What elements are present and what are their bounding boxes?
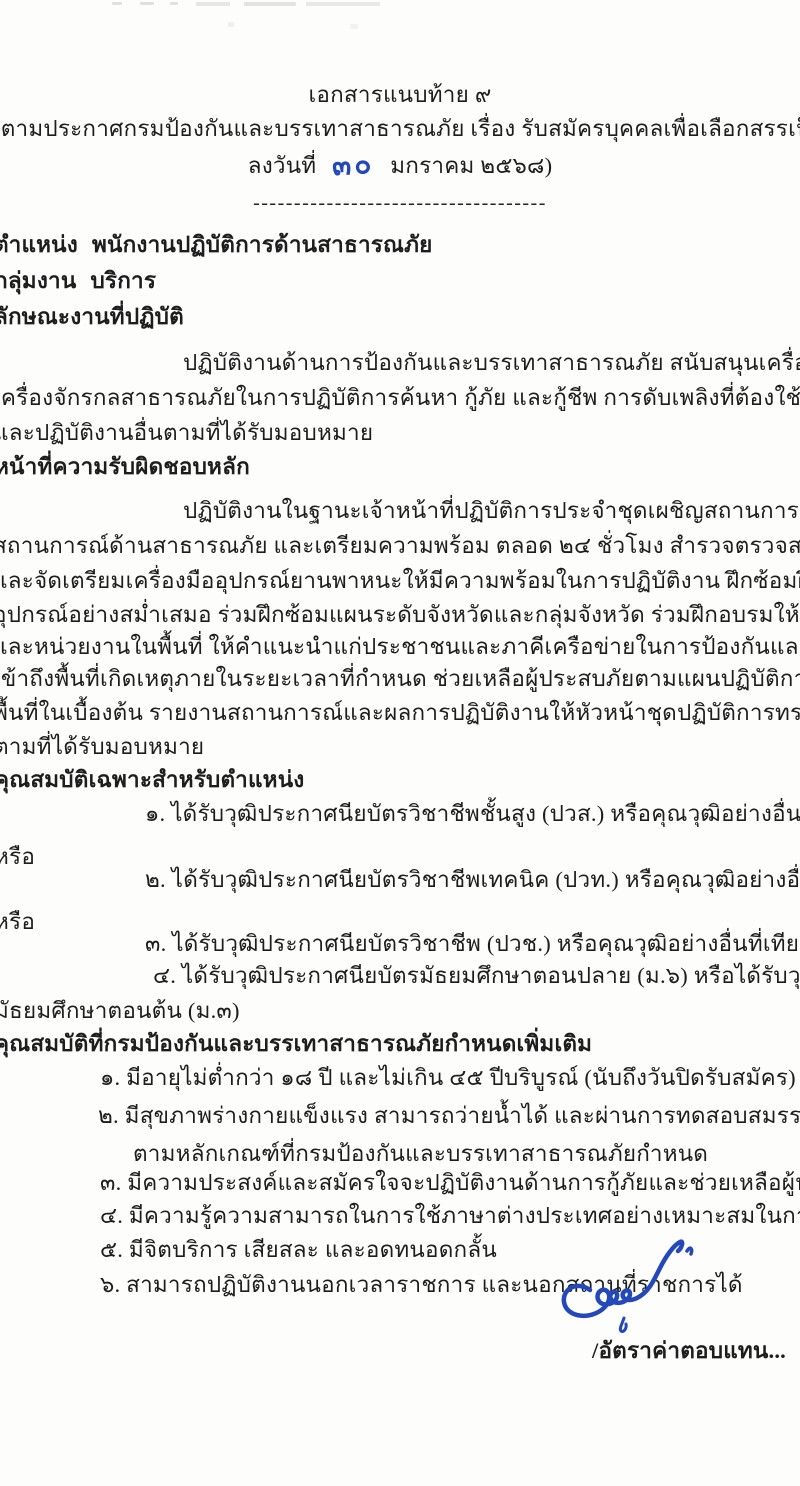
paragraph-line: และปฏิบัติงานอื่นตามที่ได้รับมอบหมาย: [0, 416, 373, 450]
signature-scribble-icon: [556, 1238, 716, 1343]
list-item: ๓. มีความประสงค์และสมัครใจจะปฏิบัติงานด้…: [100, 1166, 800, 1200]
scan-artifact: [140, 2, 154, 5]
scan-artifact: [350, 24, 358, 29]
group-line: กลุ่มงานบริการ: [0, 264, 156, 298]
scan-artifact: [196, 2, 230, 6]
list-item: ๑. มีอายุไม่ต่ำกว่า ๑๘ ปี และไม่เกิน ๔๕ …: [100, 1061, 796, 1095]
list-item: ๒. มีสุขภาพร่างกายแข็งแรง สามารถว่ายน้ำไ…: [98, 1099, 800, 1133]
paragraph-line: สถานการณ์ด้านสาธารณภัย และเตรียมความพร้อ…: [0, 529, 800, 563]
paragraph-line: พื้นที่ในเบื้องต้น รายงานสถานการณ์และผลก…: [0, 696, 800, 730]
announcement-line: (ตามประกาศกรมป้องกันและบรรเทาสาธารณภัย เ…: [0, 112, 800, 146]
paragraph-line: และหน่วยงานในพื้นที่ ให้คำแนะนำแก่ประชาช…: [0, 630, 800, 664]
scan-artifact: [228, 22, 234, 27]
position-line: ตำแหน่งพนักงานปฏิบัติการด้านสาธารณภัย: [0, 228, 433, 262]
date-line: ลงวันที่ ๓๐ มกราคม ๒๕๖๘): [0, 148, 800, 183]
group-value: บริการ: [90, 268, 156, 293]
scan-artifact: [306, 2, 380, 6]
doc-title: เอกสารแนบท้าย ๙: [0, 78, 800, 112]
divider-dashes: ------------------------------------: [0, 186, 800, 220]
or-connector: หรือ: [0, 840, 35, 874]
list-item: ๒. ได้รับวุฒิประกาศนียบัตรวิชาชีพเทคนิค …: [145, 863, 800, 897]
paragraph-line: ตามที่ได้รับมอบหมาย: [0, 730, 204, 764]
paragraph-line: ปฏิบัติงานด้านการป้องกันและบรรเทาสาธารณภ…: [183, 346, 800, 380]
list-item: ๑. ได้รับวุฒิประกาศนียบัตรวิชาชีพชั้นสูง…: [145, 797, 800, 831]
scan-artifact: [170, 2, 178, 5]
section-heading-duties: ลักษณะงานที่ปฏิบัติ: [0, 300, 184, 334]
date-suffix: มกราคม ๒๕๖๘): [390, 153, 552, 178]
paragraph-line: ปฏิบัติงานในฐานะเจ้าหน้าที่ปฏิบัติการประ…: [183, 494, 800, 528]
continuation-note: /อัตราค่าตอบแทน...: [592, 1334, 786, 1368]
list-item: ๓. ได้รับวุฒิประกาศนียบัตรวิชาชีพ (ปวช.)…: [145, 927, 800, 961]
paragraph-line: เข้าถึงพื้นที่เกิดเหตุภายในระยะเวลาที่กำ…: [0, 662, 800, 696]
position-label: ตำแหน่ง: [0, 232, 78, 257]
list-item: ๕. มีจิตบริการ เสียสละ และอดทนอดกลั้น: [100, 1233, 497, 1267]
scan-artifact: [244, 2, 296, 6]
handwritten-date-day: ๓๐: [321, 147, 385, 184]
list-item-continuation: มัธยมศึกษาตอนต้น (ม.๓): [0, 994, 240, 1028]
section-heading-additional: คุณสมบัติที่กรมป้องกันและบรรเทาสาธารณภัย…: [0, 1027, 592, 1061]
section-heading-responsibility: หน้าที่ความรับผิดชอบหลัก: [0, 450, 250, 484]
scanned-document-page: เอกสารแนบท้าย ๙ (ตามประกาศกรมป้องกันและบ…: [0, 0, 800, 1486]
paragraph-line: และจัดเตรียมเครื่องมืออุปกรณ์ยานพาหนะให้…: [0, 564, 800, 598]
list-item: ๔. ได้รับวุฒิประกาศนียบัตรมัธยมศึกษาตอนป…: [153, 959, 800, 993]
or-connector: หรือ: [0, 905, 35, 939]
position-value: พนักงานปฏิบัติการด้านสาธารณภัย: [92, 232, 433, 257]
scan-artifact: [112, 2, 122, 5]
section-heading-qualifications: คุณสมบัติเฉพาะสำหรับตำแหน่ง: [0, 763, 304, 797]
group-label: กลุ่มงาน: [0, 268, 76, 293]
list-item: ๔. มีความรู้ความสามารถในการใช้ภาษาต่างปร…: [100, 1199, 800, 1233]
paragraph-line: อุปกรณ์อย่างสม่ำเสมอ ร่วมฝึกซ้อมแผนระดับ…: [0, 598, 800, 632]
date-prefix: ลงวันที่: [248, 153, 317, 178]
paragraph-line: เครื่องจักรกลสาธารณภัยในการปฏิบัติการค้น…: [0, 381, 800, 415]
